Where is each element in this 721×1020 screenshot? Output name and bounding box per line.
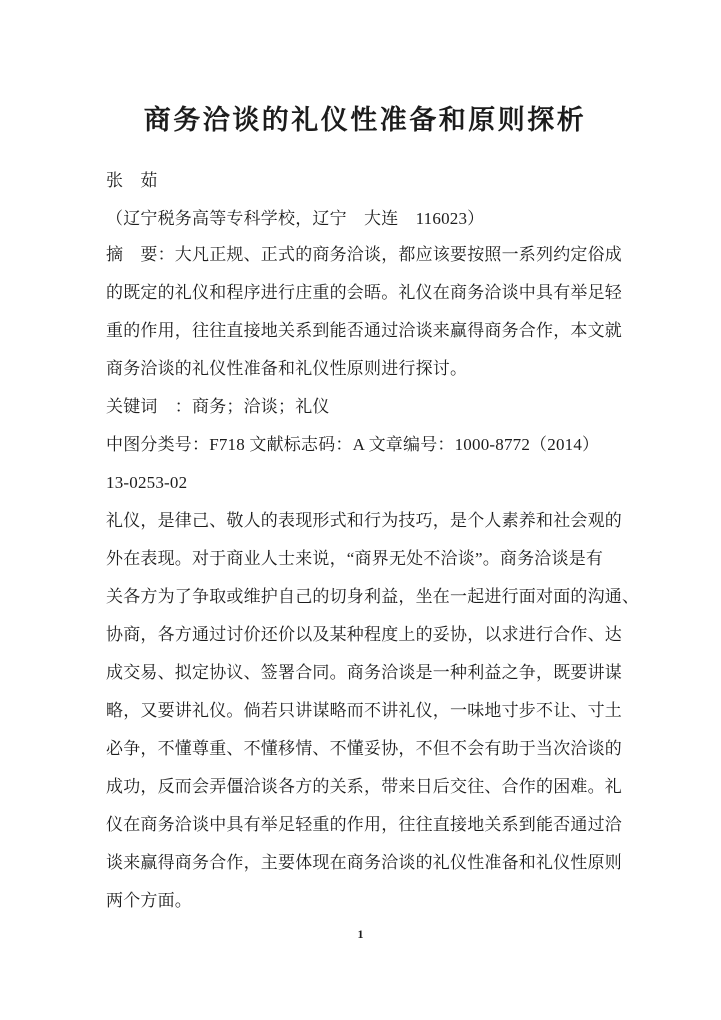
text-line: 礼仪，是律己、敬人的表现形式和行为技巧，是个人素养和社会观的 [106, 502, 624, 540]
text-line: 谈来赢得商务合作，主要体现在商务洽谈的礼仪性准备和礼仪性原则 [106, 844, 624, 882]
author-affiliation: （辽宁税务高等专科学校，辽宁 大连 116023） [106, 200, 484, 238]
text-line: 关键词 ：商务；洽谈；礼仪 [106, 388, 624, 426]
text-line: 关各方为了争取或维护自己的切身利益，坐在一起进行面对面的沟通、 [106, 578, 624, 616]
text-line: 摘 要：大凡正规、正式的商务洽谈，都应该要按照一系列约定俗成 [106, 236, 624, 274]
text-line: 商务洽谈的礼仪性准备和礼仪性原则进行探讨。 [106, 350, 624, 388]
text-line: 成交易、拟定协议、签署合同。商务洽谈是一种利益之争，既要讲谋 [106, 654, 624, 692]
text-line: 重的作用，往往直接地关系到能否通过洽谈来赢得商务合作，本文就 [106, 312, 624, 350]
text-line: 13-0253-02 [106, 464, 624, 502]
text-line: 两个方面。 [106, 882, 624, 920]
page-title: 商务洽谈的礼仪性准备和原则探析 [105, 102, 625, 138]
text-line: 略，又要讲礼仪。倘若只讲谋略而不讲礼仪，一味地寸步不让、寸土 [106, 692, 624, 730]
document-page: 商务洽谈的礼仪性准备和原则探析 张 茹 （辽宁税务高等专科学校，辽宁 大连 11… [0, 0, 721, 1020]
text-line: 必争，不懂尊重、不懂移情、不懂妥协，不但不会有助于当次洽谈的 [106, 730, 624, 768]
text-line: 外在表现。对于商业人士来说，“商界无处不洽谈”。商务洽谈是有 [106, 540, 624, 578]
article-text-block: 摘 要：大凡正规、正式的商务洽谈，都应该要按照一系列约定俗成的既定的礼仪和程序进… [106, 236, 624, 920]
author-name: 张 茹 [106, 162, 158, 200]
text-line: 成功，反而会弄僵洽谈各方的关系，带来日后交往、合作的困难。礼 [106, 768, 624, 806]
text-line: 的既定的礼仪和程序进行庄重的会晤。礼仪在商务洽谈中具有举足轻 [106, 274, 624, 312]
page-number: 1 [0, 926, 721, 942]
text-line: 仪在商务洽谈中具有举足轻重的作用，往往直接地关系到能否通过洽 [106, 806, 624, 844]
text-line: 协商，各方通过讨价还价以及某种程度上的妥协，以求进行合作、达 [106, 616, 624, 654]
text-line: 中图分类号：F718 文献标志码：A 文章编号：1000-8772（2014） [106, 426, 624, 464]
